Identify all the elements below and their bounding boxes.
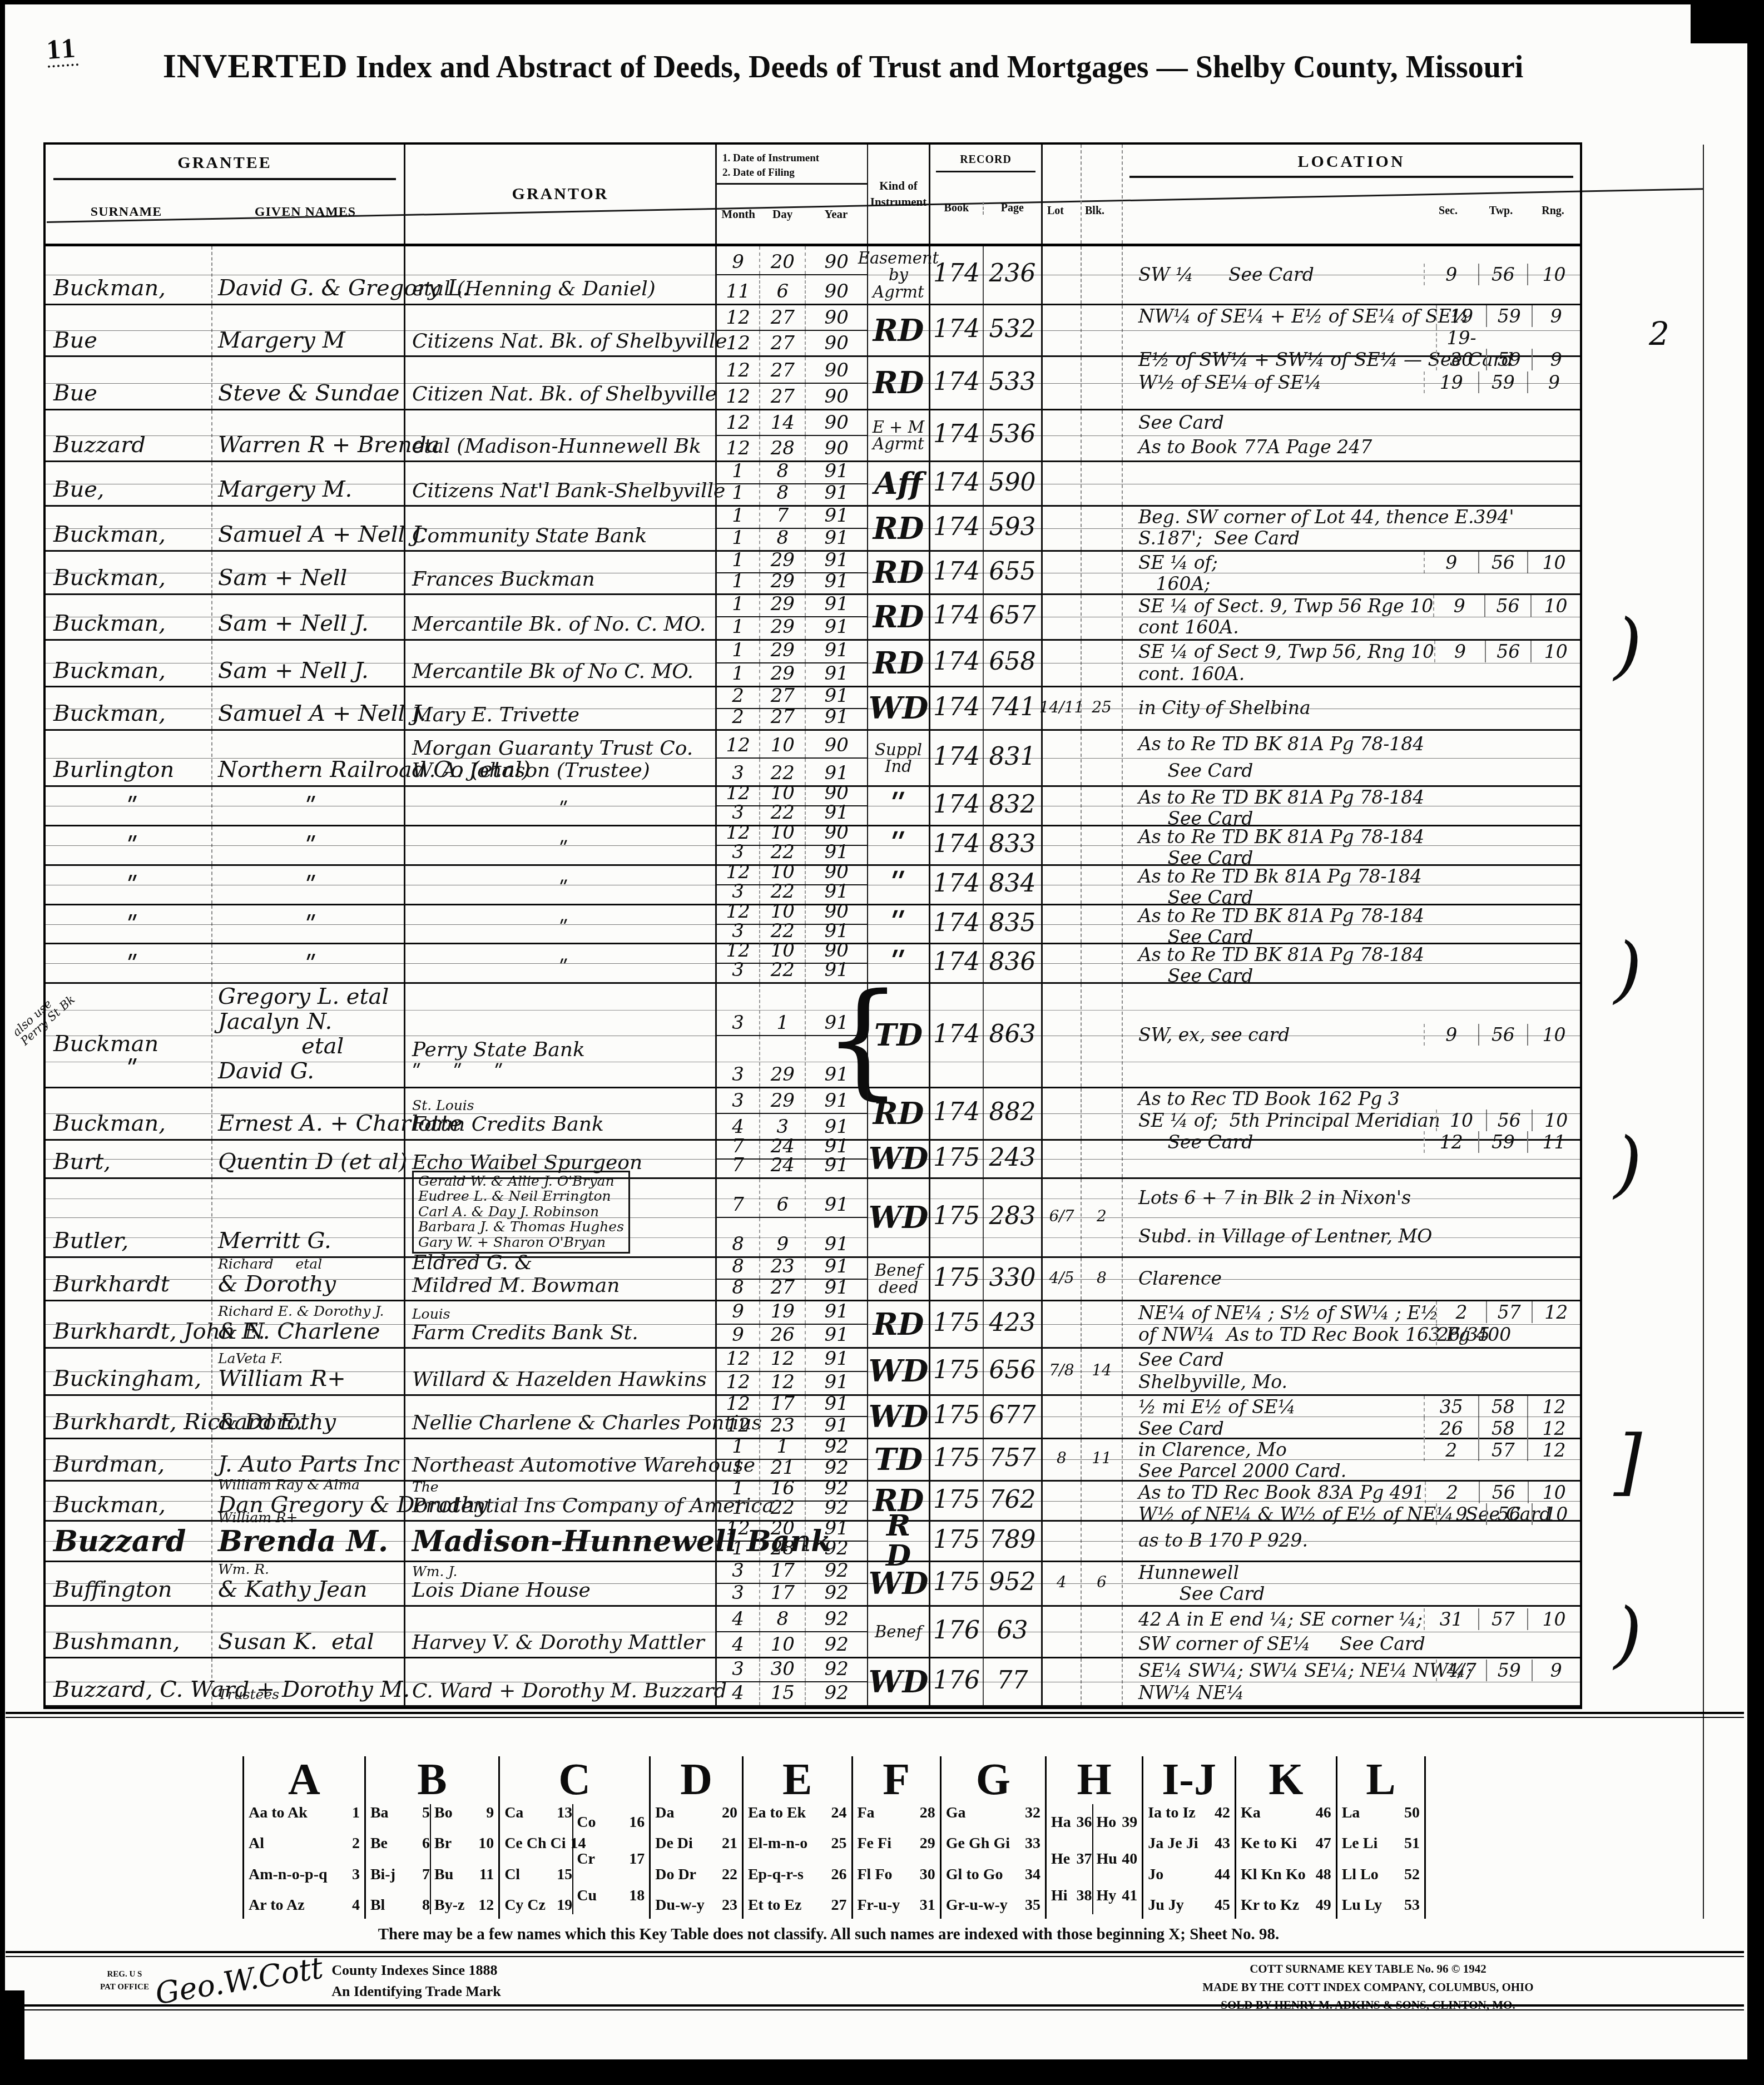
key-cell-number: 6 [418, 1835, 430, 1853]
key-cell-number: 49 [1311, 1896, 1331, 1914]
header-dates: 1. Date of Instrument 2. Date of Filing … [717, 145, 868, 244]
day-value: 27 [759, 709, 805, 729]
month-value: 1 [717, 573, 759, 593]
grantee-given: ʺ [305, 794, 316, 821]
record-book-cell: 175 [930, 1522, 984, 1561]
page-title-rest: Index and Abstract of Deeds, Deeds of Tr… [348, 50, 1524, 85]
key-cell-label: Ep-q-r-s [748, 1866, 804, 1884]
grantor-cell: Gerald W. & Allie J. O'BryanEudree L. & … [405, 1179, 717, 1256]
date-cell: 12109032291 [717, 731, 868, 785]
kind-of-instrument-cell: WD [868, 1349, 930, 1394]
lot-cell [1043, 1482, 1082, 1521]
scan-edge-left [0, 0, 5, 2085]
location-text: NE¼ of NE¼ ; S½ of SW¼ ; E½ [1123, 1302, 1436, 1324]
key-subcolumn-right: Ho39Hu40Hy41 [1092, 1804, 1138, 1914]
grantee-given-cell: & Dorothy [212, 1396, 405, 1438]
blk-value: 11 [1092, 1449, 1112, 1467]
location-cell: SE ¼ of Sect 9, Twp 56, Rng 1095610cont.… [1123, 641, 1580, 686]
kind-of-instrument-cell: RD [868, 595, 930, 638]
table-body: Buckman,David G. & Gregory L.etal (Henni… [46, 246, 1580, 1707]
grantee-given: etal [218, 1034, 404, 1059]
lot-cell: 4 [1043, 1562, 1082, 1605]
header-month-label: Month [717, 207, 760, 221]
key-cells: Fa28Fe Fi29Fl Fo30Fr-u-y31 [853, 1801, 940, 1919]
rng-value: 10 [1528, 1482, 1580, 1503]
grantee-given-cell: Samuel A + Nell J. [212, 687, 405, 729]
reg-line-2: PAT OFFICE [100, 1981, 149, 1994]
kind-of-instrument-cell: RD [868, 641, 930, 686]
key-cell-label: Kl Kn Ko [1241, 1866, 1306, 1884]
key-cell: Gl to Go34 [946, 1866, 1040, 1884]
day-value: 12 [759, 1372, 805, 1394]
key-cells: Ga32Ge Gh Gi33Gl to Go34Gr-u-w-y35 [942, 1801, 1045, 1919]
location-line: As to Re TD BK 81A Pg 78-184 [1123, 905, 1580, 927]
location-line: 160A; [1123, 573, 1580, 595]
day-value: 28 [759, 1542, 805, 1561]
grantor-name: Gerald W. & Allie J. O'Bryan [418, 1173, 624, 1189]
page-value: 283 [989, 1202, 1036, 1230]
location-text: As to Rec TD Book 162 Pg 3 [1123, 1088, 1424, 1110]
key-cell: Fr-u-y31 [858, 1896, 935, 1914]
location-line: See Card [1123, 1583, 1580, 1604]
kind-line: WD [869, 1355, 928, 1387]
twp-value: 58 [1478, 1396, 1527, 1418]
ledger-entry: Buckman,Ernest A. + CharlotteSt. LouisFa… [46, 1088, 1580, 1141]
grantee-given: ʺ [305, 873, 316, 900]
ledger-entry: BuzzardWarren R + Brendaetal (Madison-Hu… [46, 410, 1580, 463]
grantee-given-cell: ʺ [212, 826, 405, 864]
key-cell-number: 52 [1400, 1866, 1420, 1884]
key-column-f: FFa28Fe Fi29Fl Fo30Fr-u-y31 [851, 1756, 940, 1919]
key-cell: Le Li51 [1342, 1835, 1420, 1853]
sec-value: 9 [1434, 641, 1485, 662]
key-cell-label: Kr to Kz [1241, 1896, 1299, 1914]
month-value: 3 [717, 759, 759, 785]
page-value: 836 [989, 948, 1036, 976]
book-value: 174 [933, 647, 980, 676]
key-cell-number: 43 [1210, 1835, 1230, 1853]
year-value: 91 [805, 462, 867, 483]
date-of-filing: 11690 [717, 275, 867, 303]
book-value: 174 [933, 420, 980, 448]
kind-line: TD [874, 1444, 923, 1475]
grantor-cell: ʺ [405, 944, 717, 982]
year-value: 91 [805, 663, 867, 686]
header-book-page: Book Page [930, 172, 1041, 244]
lot-cell [1043, 1658, 1082, 1705]
location-line: As to Re TD Bk 81A Pg 78-184 [1123, 866, 1580, 887]
kind-of-instrument-cell: RD [868, 1522, 930, 1561]
location-cell: As to Re TD BK 81A Pg 78-184 See Card [1123, 826, 1580, 864]
date-cell: 122790122790 [717, 357, 868, 408]
key-letter: C [500, 1756, 649, 1801]
brace-mark: { [823, 977, 903, 1102]
location-text: cont. 160A. [1123, 663, 1424, 685]
grantee-given-cell: Quentin D (et al) [212, 1141, 405, 1177]
grantee-surname-cell: Bue, [46, 462, 212, 505]
grantee-surname: ʺ [127, 873, 138, 900]
key-cell-number: 23 [717, 1896, 737, 1914]
grantor-cell: Community State Bank [405, 507, 717, 550]
location-line: As to Re TD BK 81A Pg 78-184 [1123, 944, 1580, 965]
lot-value: 7/8 [1049, 1361, 1074, 1379]
key-cell: Fa28 [858, 1804, 935, 1822]
grantee-given: & Dorothy [218, 1272, 404, 1297]
month-value: 2 [717, 709, 759, 729]
month-value: 12 [717, 357, 759, 382]
book-value: 175 [933, 1526, 980, 1554]
blk-cell [1082, 1482, 1123, 1521]
grantor-name: Madison-Hunnewell Bank [412, 1526, 715, 1558]
month-value: 12 [717, 1417, 759, 1437]
day-value: 27 [759, 687, 805, 707]
kind-of-instrument-cell: RD [868, 507, 930, 550]
date-cell: 18911891 [717, 462, 868, 505]
record-page-cell: 658 [984, 641, 1043, 686]
book-value: 175 [933, 1202, 980, 1230]
location-line: As to Rec TD Book 162 Pg 3 [1123, 1088, 1580, 1110]
grantor-cell: Northeast Automotive Warehouse [405, 1439, 717, 1480]
record-page-cell: 590 [984, 462, 1043, 505]
month-value: 8 [717, 1258, 759, 1278]
key-cell-label: Bl [370, 1896, 385, 1914]
ledger-entry: Buckman,Sam + NellFrances Buckman1299112… [46, 552, 1580, 595]
year-value: 92 [805, 1632, 867, 1657]
key-subcolumn: Ka46Ke to Ki47Kl Kn Ko48Kr to Kz49 [1241, 1804, 1331, 1914]
kind-line: RD [873, 1309, 924, 1340]
key-cell: Cy Cz19 [504, 1896, 572, 1914]
kind-line: Agrmt [873, 435, 924, 452]
grantor-cell: ʺ [405, 866, 717, 904]
day-value: 29 [759, 573, 805, 593]
key-cell-label: Jo [1148, 1866, 1163, 1884]
grantor-cell: St. LouisFarm Credits Bank [405, 1088, 717, 1139]
grantee-given: Susan K. etal [218, 1630, 404, 1655]
grantee-surname: ʺ [127, 1057, 138, 1084]
record-book-cell: 176 [930, 1658, 984, 1705]
key-letter: B [366, 1756, 498, 1801]
scan-edge-top-right [1691, 0, 1764, 43]
page-value: 593 [989, 513, 1036, 541]
location-text: SE¼ SW¼; SW¼ SE¼; NE¼ NW¼; [1123, 1660, 1436, 1681]
ledger-entry: BueMargery MCitizens Nat. Bk. of Shelbyv… [46, 305, 1580, 358]
key-cells: Da20De Di21Do Dr22Du-w-y23 [651, 1801, 742, 1919]
key-cell-label: Bu [434, 1866, 453, 1884]
header-rng-label: Rng. [1526, 205, 1580, 217]
margin-mark: ) [1614, 1127, 1642, 1200]
key-letter: A [244, 1756, 364, 1801]
grantee-given: & Kathy Jean [218, 1577, 404, 1602]
key-cell-label: Do Dr [655, 1866, 696, 1884]
page-value: 423 [989, 1309, 1036, 1337]
page-right-rule [1703, 145, 1704, 1919]
scan-edge-top [0, 0, 1764, 4]
grantor-name: ʺ ʺ ʺ [412, 1062, 715, 1084]
key-cell-label: Bi-j [370, 1866, 395, 1884]
page-value: 63 [997, 1616, 1028, 1645]
record-page-cell: 423 [984, 1301, 1043, 1347]
location-text: of NW¼ As to TD Rec Book 163 Pg 400 [1123, 1324, 1436, 1345]
location-cell: SW ¼ See Card95610 [1123, 246, 1580, 304]
grantor-superscript: St. Louis [412, 1098, 715, 1112]
ledger-entry: Buckingham,LaVeta F.William R+Willard & … [46, 1349, 1580, 1396]
day-value: 9 [759, 1218, 805, 1256]
location-text: S.187'; See Card [1123, 528, 1424, 549]
day-value: 24 [759, 1160, 805, 1177]
page-value: 658 [989, 647, 1036, 676]
trademark-block: REG. U S PAT OFFICE Geo.W.Cott County In… [100, 1960, 501, 2002]
grantee-surname-cell: Burkhardt, Richard E. [46, 1396, 212, 1438]
key-cell: Hi38 [1051, 1887, 1092, 1905]
kind-of-instrument-cell: WD [868, 1141, 930, 1177]
key-cell-label: Ka [1241, 1804, 1261, 1822]
location-text: As to Re TD BK 81A Pg 78-184 [1123, 734, 1424, 755]
key-cells: La50Le Li51Ll Lo52Lu Ly53 [1337, 1801, 1424, 1919]
month-value: 12 [717, 436, 759, 460]
location-line: NW¼ NE¼ [1123, 1682, 1580, 1703]
key-cell-number: 8 [418, 1896, 430, 1914]
key-letter: D [651, 1756, 742, 1801]
kind-line: Easement [858, 250, 939, 266]
grantee-superscript: Richard E. & Dorothy J. [218, 1304, 404, 1318]
grantee-given-cell: Susan K. etal [212, 1607, 405, 1657]
book-value: 174 [933, 513, 980, 541]
key-cell-label: Ll Lo [1342, 1866, 1379, 1884]
key-cell: Ba5 [370, 1804, 430, 1822]
book-value: 174 [933, 1098, 980, 1126]
record-book-cell: 174 [930, 246, 984, 304]
twp-value: 56 [1485, 641, 1530, 662]
record-page-cell: 283 [984, 1179, 1043, 1256]
rng-value: 10 [1532, 1110, 1580, 1131]
grantee-surname: Buckman, [53, 1111, 211, 1136]
day-value: 22 [759, 759, 805, 785]
location-text: As to Re TD BK 81A Pg 78-184 [1123, 944, 1424, 965]
year-value: 90 [805, 410, 867, 435]
blk-cell [1082, 731, 1123, 785]
year-value: 90 [805, 305, 867, 330]
lot-value: 14/11 [1039, 698, 1084, 716]
key-column-c: CCa13Ce Ch Ci14Cl15Cy Cz19Co16Cr17Cu18 [498, 1756, 649, 1919]
location-cell: SE ¼ of;95610 160A; [1123, 552, 1580, 593]
location-line: SW ¼ See Card95610 [1123, 264, 1580, 285]
month-value: 1 [717, 552, 759, 572]
key-cell-label: Be [370, 1835, 388, 1853]
location-line: ½ mi E½ of SE¼355812 [1123, 1396, 1580, 1418]
year-value: 91 [805, 1325, 867, 1347]
kind-of-instrument-cell: E + MAgrmt [868, 410, 930, 461]
grantee-surname-cell: Buckman, [46, 1088, 212, 1139]
record-book-cell: 174 [930, 1088, 984, 1139]
key-column-a: AAa to Ak1Al2Am-n-o-p-q3Ar to Az4 [242, 1756, 364, 1919]
location-line: As to TD Rec Book 83A Pg 49125610 [1123, 1482, 1580, 1503]
grantor-cell: ThePrudential Ins Company of America [405, 1482, 717, 1521]
lot-cell [1043, 595, 1082, 638]
year-value: 92 [805, 1584, 867, 1604]
key-cells: Ia to Iz42Ja Je Ji43Jo44Ju Jy45 [1143, 1801, 1235, 1919]
date-of-filing: 32291 [717, 759, 867, 785]
day-value: 27 [759, 1280, 805, 1300]
page-value: 832 [989, 790, 1036, 819]
grantee-superscript: William Ray & Alma [218, 1478, 404, 1492]
location-line: As to Re TD BK 81A Pg 78-184 [1123, 826, 1580, 848]
kind-line: deed [879, 1279, 918, 1296]
grantee-given: ʺ [305, 834, 316, 861]
day-value: 8 [759, 1607, 805, 1631]
book-value: 174 [933, 259, 980, 288]
location-text: As to TD Rec Book 83A Pg 491 [1123, 1482, 1425, 1503]
record-book-cell: 175 [930, 1349, 984, 1394]
date-cell: 1169212292 [717, 1482, 868, 1521]
rng-value: 9 [1532, 1660, 1580, 1681]
lot-cell [1043, 410, 1082, 461]
month-value: 3 [717, 1088, 759, 1113]
year-value: 91 [805, 484, 867, 505]
header-grantor-label: GRANTOR [405, 145, 717, 244]
ledger-entry: BuzzardWilliam R+Brenda M.Madison-Hunnew… [46, 1522, 1580, 1562]
key-cell-number: 39 [1117, 1814, 1137, 1831]
location-line: As to Re TD BK 81A Pg 78-184 [1123, 734, 1580, 755]
page-value: 741 [989, 693, 1036, 721]
grantor-name: Barbara J. & Thomas Hughes [418, 1219, 624, 1235]
location-text: SW ¼ See Card [1123, 264, 1424, 285]
book-value: 175 [933, 1444, 980, 1472]
location-text: SE ¼ of; [1123, 552, 1424, 573]
year-value: 92 [805, 1562, 867, 1583]
key-cell-number: 1 [348, 1804, 360, 1822]
grantee-surname: Buckman, [53, 522, 211, 547]
key-cell-number: 2 [348, 1835, 360, 1853]
lot-cell [1043, 1141, 1082, 1177]
lot-value: 8 [1057, 1449, 1067, 1467]
blk-cell [1082, 1301, 1123, 1347]
grantee-surname: Buckman, [53, 566, 211, 591]
lot-cell [1043, 1522, 1082, 1561]
day-value: 8 [759, 462, 805, 483]
kind-of-instrument-cell: RD [868, 1088, 930, 1139]
trademark-line-2: An Identifying Trade Mark [331, 1981, 501, 2002]
record-page-cell: 536 [984, 410, 1043, 461]
grantee-given: J. Auto Parts Inc [218, 1452, 404, 1477]
grantee-surname-cell: ʺ [46, 826, 212, 864]
key-cells: Ca13Ce Ch Ci14Cl15Cy Cz19Co16Cr17Cu18 [500, 1801, 649, 1919]
header-sec-label: Sec. [1420, 205, 1476, 217]
key-cell-label: De Di [655, 1835, 693, 1853]
grantor-name: ʺ [559, 918, 568, 940]
location-cell: Beg. SW corner of Lot 44, thence E.394'S… [1123, 507, 1580, 550]
location-text: See Card [1123, 1349, 1424, 1370]
ledger-entry: BurlingtonNorthern Railroad Co (etal)Mor… [46, 731, 1580, 787]
ledger-entry: Buckman,Sam + Nell J.Mercantile Bk of No… [46, 641, 1580, 688]
grantor-name: ʺ [559, 957, 568, 979]
ledger-table: GRANTEE SURNAME GIVEN NAMES GRANTOR 1. D… [43, 142, 1582, 1709]
record-page-cell: 757 [984, 1439, 1043, 1480]
blk-cell [1082, 641, 1123, 686]
key-column-e: EEa to Ek24El-m-n-o25Ep-q-r-s26Et to Ez2… [742, 1756, 851, 1919]
date-of-instrument: 1791 [717, 507, 867, 529]
sec-value: 9 [1424, 264, 1478, 285]
record-page-cell: 836 [984, 944, 1043, 982]
page-value: 834 [989, 869, 1036, 898]
grantee-given-cell: Wm. R.& Kathy Jean [212, 1562, 405, 1605]
date-cell: 489241092 [717, 1607, 868, 1657]
kind-of-instrument-cell: Benef [868, 1607, 930, 1657]
year-value: 90 [805, 275, 867, 303]
key-cell-number: 22 [717, 1866, 737, 1884]
page-value: 330 [989, 1264, 1036, 1292]
trademark-lines: County Indexes Since 1888 An Identifying… [331, 1960, 501, 2002]
header-record-label: RECORD [936, 145, 1035, 172]
key-cell-label: Ge Gh Gi [946, 1835, 1010, 1853]
key-cell: Ca13 [504, 1804, 572, 1822]
twp-value: 57 [1478, 1608, 1527, 1630]
grantor-name: Northeast Automotive Warehouse [412, 1454, 715, 1477]
rng-value: 12 [1527, 1418, 1580, 1439]
key-cell-label: Gl to Go [946, 1866, 1003, 1884]
grantee-given: Warren R + Brenda [218, 433, 404, 458]
ledger-entry: Buckman,Samuel A + Nell J.Community Stat… [46, 507, 1580, 552]
record-book-cell: 174 [930, 731, 984, 785]
header-grantee: GRANTEE SURNAME GIVEN NAMES [46, 145, 405, 244]
ledger-entry: also use Perry St Bk{BuckmanʺGregory L. … [46, 984, 1580, 1088]
location-line: Beg. SW corner of Lot 44, thence E.394' [1123, 507, 1580, 528]
key-cell-label: Ea to Ek [748, 1804, 806, 1822]
key-cell: Fl Fo30 [858, 1866, 935, 1884]
grantor-name: ʺ [559, 799, 568, 821]
location-line: SE ¼ of Sect 9, Twp 56, Rng 1095610 [1123, 641, 1580, 662]
rng-value: 12 [1527, 1396, 1580, 1418]
lot-cell [1043, 1396, 1082, 1438]
grantor-name: Mercantile Bk. of No. C. MO. [412, 613, 715, 636]
kind-line: RD [873, 367, 924, 399]
year-value: 91 [805, 617, 867, 638]
month-value: 4 [717, 1632, 759, 1657]
location-cell: As to Re TD BK 81A Pg 78-184 See Card [1123, 905, 1580, 943]
key-subcolumn-left: Ha36He37Hi38 [1051, 1804, 1092, 1914]
twp-value: 56 [1478, 264, 1527, 285]
grantor-cell: C. Ward + Dorothy M. Buzzard [405, 1658, 717, 1705]
location-text: ½ mi E½ of SE¼ [1123, 1396, 1424, 1418]
location-text: See Card [1123, 412, 1424, 433]
kind-line: R [886, 1511, 910, 1542]
header-record: RECORD Book Page [930, 145, 1043, 244]
date-cell: 12109032291 [717, 787, 868, 825]
location-text: Beg. SW corner of Lot 44, thence E.394' [1123, 507, 1436, 528]
location-line: cont. 160A. [1123, 663, 1580, 685]
key-cell-number: 36 [1072, 1814, 1092, 1831]
date-of-instrument: 122790 [717, 305, 867, 331]
record-page-cell: 834 [984, 866, 1043, 904]
day-value: 14 [759, 410, 805, 435]
record-page-cell: 762 [984, 1482, 1043, 1521]
key-cell-number: 16 [625, 1814, 645, 1831]
key-cell-number: 21 [717, 1835, 737, 1853]
date-cell: 121490122890 [717, 410, 868, 461]
location-cell: As to TD Rec Book 83A Pg 49125610W½ of N… [1123, 1482, 1580, 1521]
lot-cell [1043, 246, 1082, 304]
grantee-surname: Buffington [53, 1577, 211, 1602]
key-cell-label: He [1051, 1850, 1070, 1868]
twp-value: 56 [1478, 552, 1527, 573]
header-sec-twp-rng: Sec. Twp. Rng. [1123, 178, 1580, 244]
lot-cell [1043, 1301, 1082, 1347]
twp-value: 59 [1478, 372, 1527, 393]
lot-cell [1043, 641, 1082, 686]
date-of-filing: 122890 [717, 436, 867, 460]
grantor-cell: Eldred G. &Mildred M. Bowman [405, 1258, 717, 1300]
location-cell: See CardShelbyville, Mo. [1123, 1349, 1580, 1394]
location-cell: NW¼ of SE¼ + E½ of SE¼ of SE¼19599E½ of … [1123, 305, 1580, 356]
